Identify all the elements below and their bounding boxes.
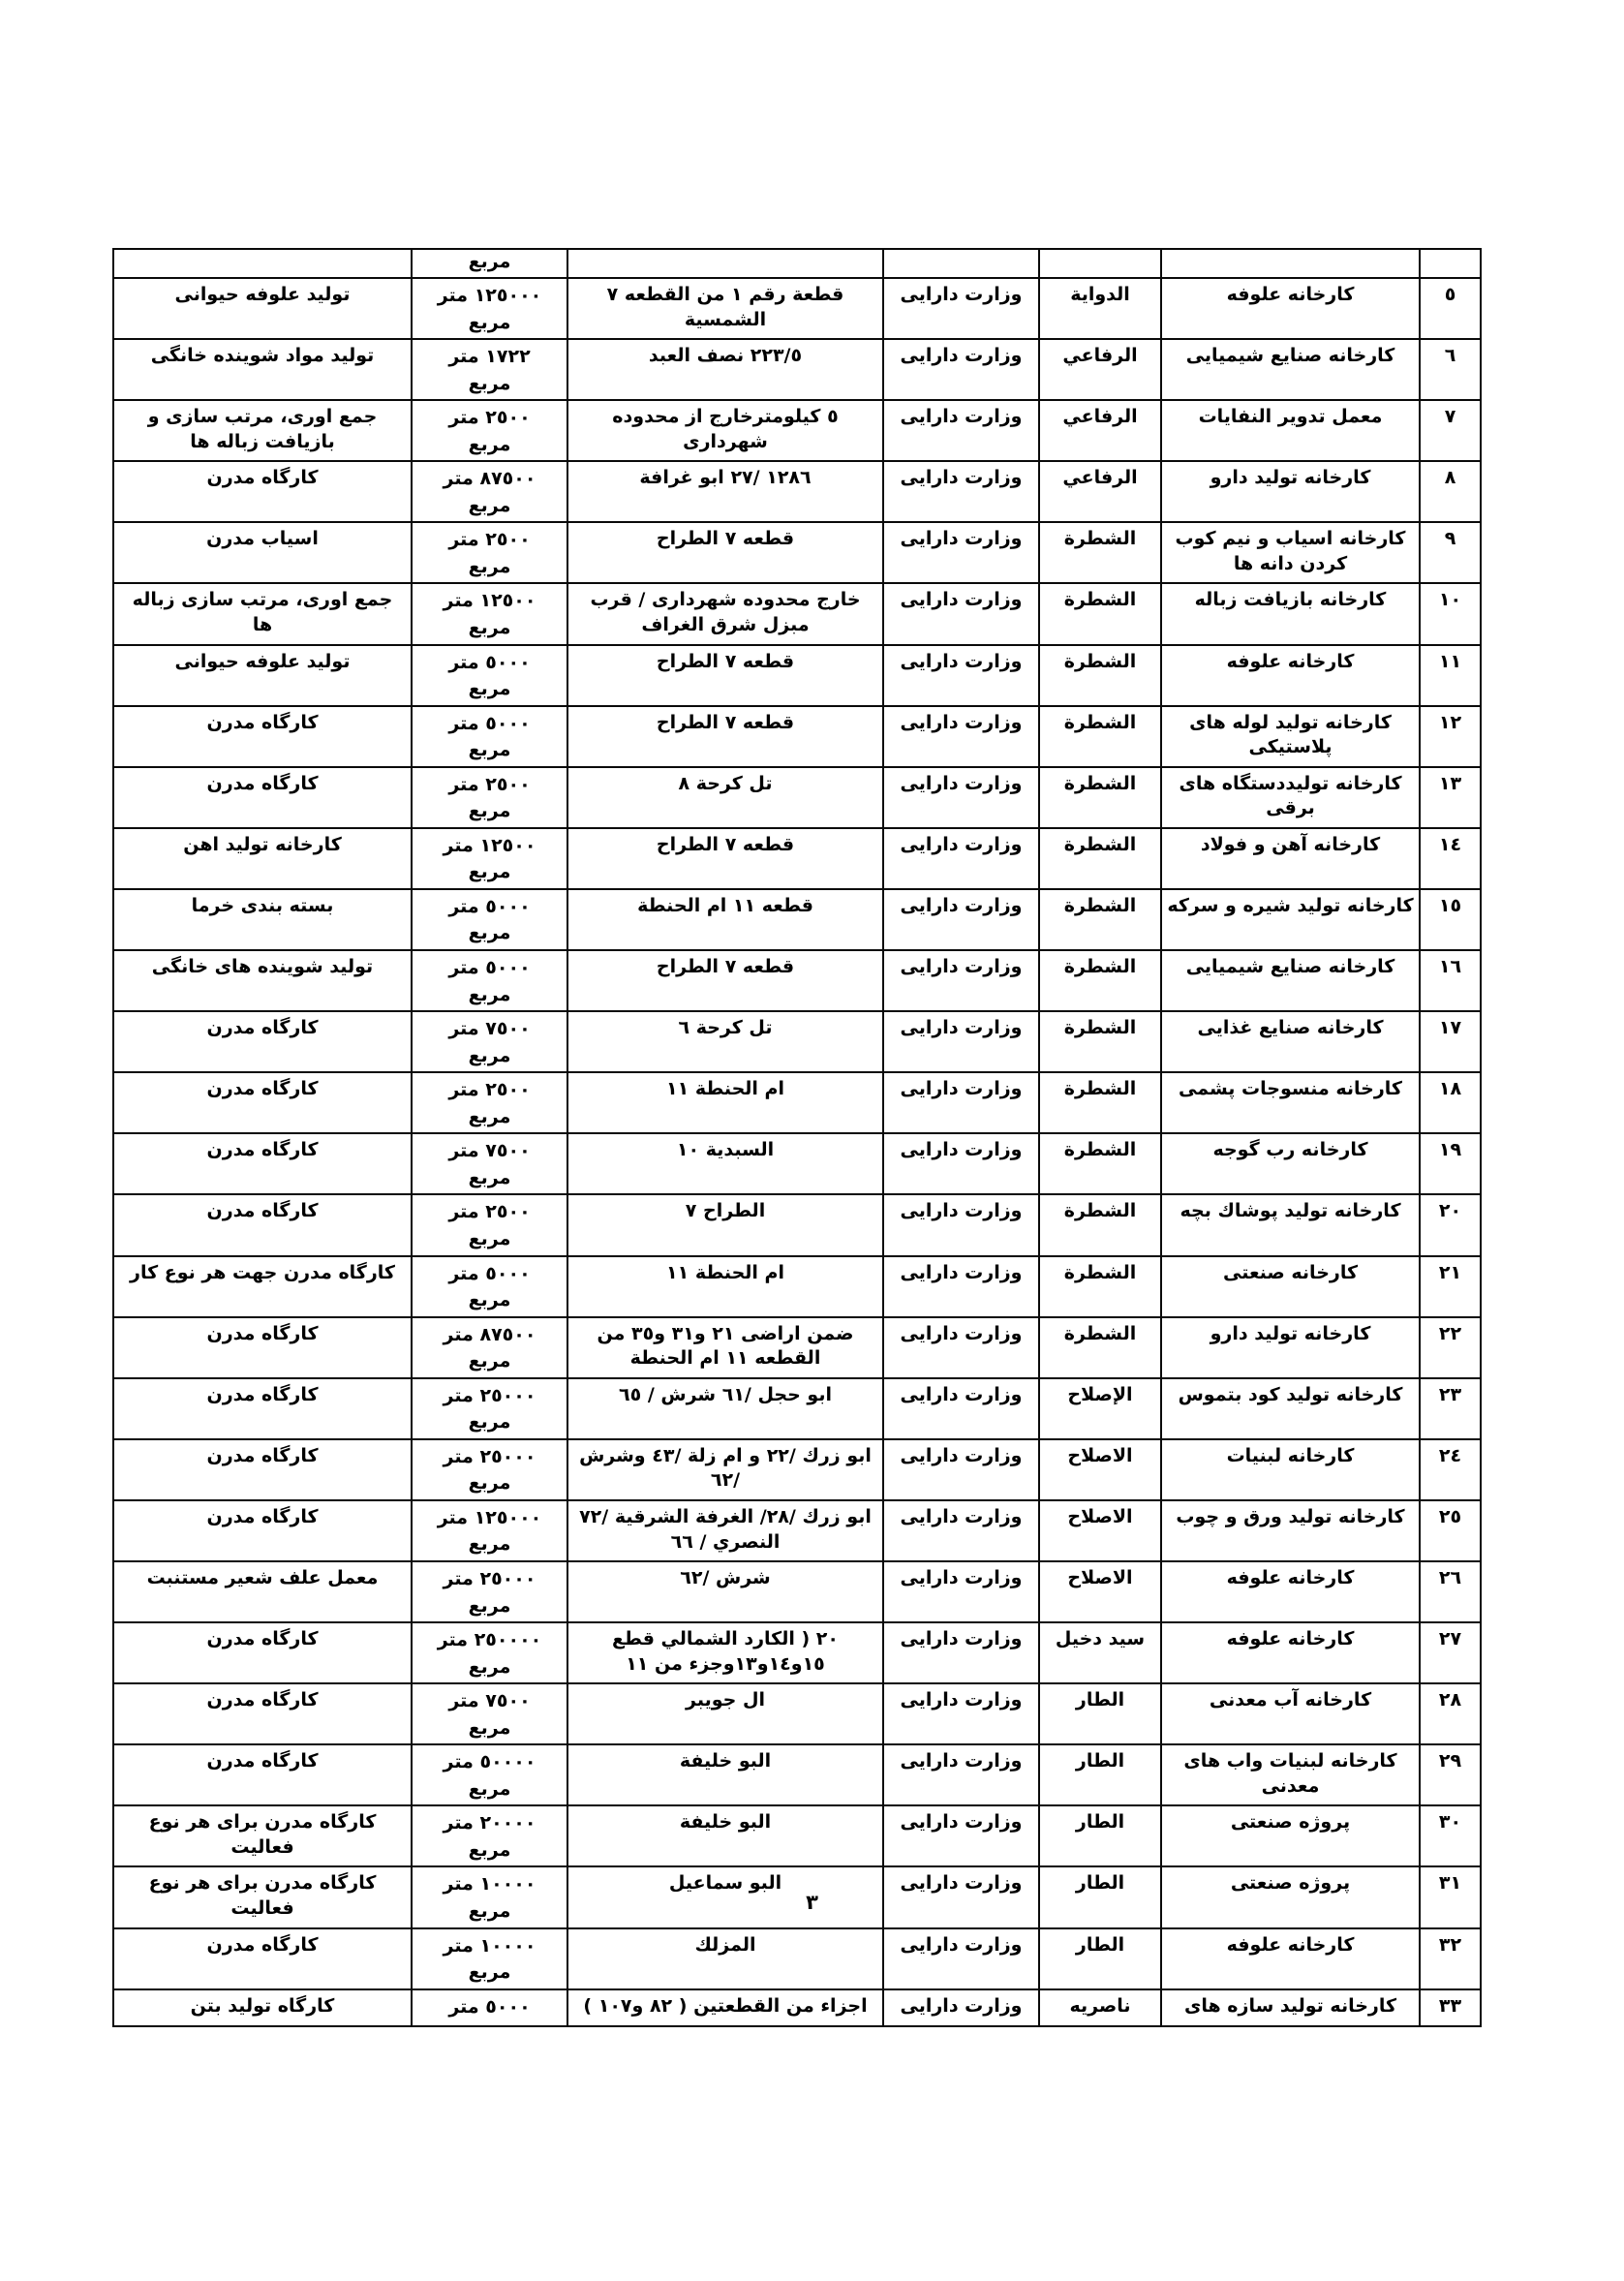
- cell-area: ١٢٥٠٠ مترمربع: [412, 828, 567, 889]
- cell-district: الاصلاح: [1039, 1500, 1161, 1561]
- cell-factory-name: كارخانه توليد دارو: [1161, 461, 1420, 522]
- cell-plot: السبدية ١٠: [567, 1133, 883, 1194]
- cell-ministry: وزارت دارايى: [883, 950, 1039, 1011]
- cell-factory-name: كارخانه رب گوجه: [1161, 1133, 1420, 1194]
- cell-activity: كارگاه مدرن: [113, 1317, 412, 1378]
- cell-activity: توليد علوفه حيوانى: [113, 278, 412, 339]
- cell-factory-name: كارخانه صنايع شيميايى: [1161, 339, 1420, 400]
- cell-area: ٢٥٠٠ مترمربع: [412, 522, 567, 583]
- cell-area: ٥٠٠٠ مترمربع: [412, 1256, 567, 1317]
- cell-plot: ضمن اراضى ٢١ و٣١ و٣٥ من القطعه ١١ ام الح…: [567, 1317, 883, 1378]
- cell-activity: توليد مواد شوينده خانگى: [113, 339, 412, 400]
- factories-table: مربع ٥ كارخانه علوفه الدواية وزارت داراي…: [112, 248, 1482, 2027]
- cell-plot: المزلك: [567, 1928, 883, 1989]
- cell-district: الشطرة: [1039, 1194, 1161, 1255]
- table-row: ١٦ كارخانه صنايع شيميايى الشطرة وزارت دا…: [113, 950, 1481, 1011]
- cell-activity: كارگاه مدرن: [113, 1744, 412, 1805]
- table-row: ١١ كارخانه علوفه الشطرة وزارت دارايى قطع…: [113, 645, 1481, 706]
- cell-district: الاصلاح: [1039, 1561, 1161, 1622]
- cell-factory-name: كارخانه توليد ورق و چوب: [1161, 1500, 1420, 1561]
- table-row: ١٧ كارخانه صنايع غذايى الشطرة وزارت دارا…: [113, 1011, 1481, 1072]
- cell-ministry: وزارت دارايى: [883, 1317, 1039, 1378]
- cell-district: الاصلاح: [1039, 1439, 1161, 1500]
- cell-district: الطار: [1039, 1744, 1161, 1805]
- cell-ministry: وزارت دارايى: [883, 1133, 1039, 1194]
- table-row: ١٩ كارخانه رب گوجه الشطرة وزارت دارايى ا…: [113, 1133, 1481, 1194]
- cell-area: ٧٥٠٠ مترمربع: [412, 1133, 567, 1194]
- table-row: ٢٢ كارخانه توليد دارو الشطرة وزارت داراي…: [113, 1317, 1481, 1378]
- cell-row-number: ١١: [1420, 645, 1481, 706]
- cell-plot: قطعه ٧ الطراح: [567, 522, 883, 583]
- cell-activity: [113, 249, 412, 278]
- cell-plot: تل كرحة ٨: [567, 767, 883, 828]
- table-row: ١٨ كارخانه منسوجات پشمى الشطرة وزارت دار…: [113, 1072, 1481, 1133]
- cell-district: الدواية: [1039, 278, 1161, 339]
- cell-area: ٧٥٠٠ مترمربع: [412, 1683, 567, 1744]
- cell-row-number: ٥: [1420, 278, 1481, 339]
- cell-activity: بسته بندى خرما: [113, 889, 412, 950]
- cell-ministry: وزارت دارايى: [883, 1622, 1039, 1683]
- cell-ministry: وزارت دارايى: [883, 278, 1039, 339]
- table-row: ١٣ كارخانه توليددستگاه هاى برقى الشطرة و…: [113, 767, 1481, 828]
- cell-row-number: ٢١: [1420, 1256, 1481, 1317]
- cell-area: ٢٥٠٠ مترمربع: [412, 1072, 567, 1133]
- cell-area: ١٢٥٠٠ مترمربع: [412, 583, 567, 644]
- cell-district: ناصريه: [1039, 1989, 1161, 2026]
- scanned-page: مربع ٥ كارخانه علوفه الدواية وزارت داراي…: [0, 0, 1624, 2281]
- cell-factory-name: كارخانه بازيافت زباله: [1161, 583, 1420, 644]
- cell-factory-name: پروژه صنعتى: [1161, 1805, 1420, 1866]
- cell-district: سيد دخيل: [1039, 1622, 1161, 1683]
- cell-plot: قطعة رقم ١ من القطعه ٧ الشمسية: [567, 278, 883, 339]
- cell-activity: توليد شوينده هاى خانگى: [113, 950, 412, 1011]
- cell-activity: كارگاه مدرن: [113, 1011, 412, 1072]
- cell-ministry: وزارت دارايى: [883, 522, 1039, 583]
- cell-area: ١٠٠٠٠ مترمربع: [412, 1928, 567, 1989]
- cell-factory-name: كارخانه علوفه: [1161, 1561, 1420, 1622]
- cell-district: الشطرة: [1039, 1317, 1161, 1378]
- cell-district: الشطرة: [1039, 706, 1161, 767]
- cell-plot: ابو زرك /٢٨/ الغرفة الشرقية /٧٢ النصري /…: [567, 1500, 883, 1561]
- table-row-continued: مربع: [113, 249, 1481, 278]
- table-row: ٣٣ كارخانه توليد سازه هاى ناصريه وزارت د…: [113, 1989, 1481, 2026]
- cell-area: ١٢٥٠٠٠ مترمربع: [412, 1500, 567, 1561]
- cell-area: ٢٥٠٠ مترمربع: [412, 1194, 567, 1255]
- cell-factory-name: كارخانه توليد لوله هاى پلاستيكى: [1161, 706, 1420, 767]
- cell-district: الرفاعي: [1039, 461, 1161, 522]
- cell-area: ٢٥٠٠ مترمربع: [412, 400, 567, 461]
- cell-row-number: ٦: [1420, 339, 1481, 400]
- cell-ministry: وزارت دارايى: [883, 339, 1039, 400]
- table-row: ٢٤ كارخانه لبنيات الاصلاح وزارت دارايى ا…: [113, 1439, 1481, 1500]
- cell-area-continued: مربع: [412, 249, 567, 278]
- table-row: ٨ كارخانه توليد دارو الرفاعي وزارت داراي…: [113, 461, 1481, 522]
- cell-area: ٨٧٥٠٠ مترمربع: [412, 461, 567, 522]
- cell-factory-name: كارخانه آب معدنى: [1161, 1683, 1420, 1744]
- cell-row-number: ٢٨: [1420, 1683, 1481, 1744]
- cell-factory-name: كارخانه اسياب و نيم كوب كردن دانه ها: [1161, 522, 1420, 583]
- cell-plot: قطعه ٧ الطراح: [567, 645, 883, 706]
- cell-ministry: وزارت دارايى: [883, 1378, 1039, 1439]
- cell-plot: اجزاء من القطعتين ( ٨٢ و١٠٧ ): [567, 1989, 883, 2026]
- cell-area: ٢٠٠٠٠ مترمربع: [412, 1805, 567, 1866]
- cell-ministry: وزارت دارايى: [883, 1805, 1039, 1866]
- cell-row-number: ٣٢: [1420, 1928, 1481, 1989]
- cell-activity: كارگاه توليد بتن: [113, 1989, 412, 2026]
- cell-factory-name: كارخانه علوفه: [1161, 278, 1420, 339]
- table-row: ٢٠ كارخانه توليد پوشاك بچه الشطرة وزارت …: [113, 1194, 1481, 1255]
- cell-district: الطار: [1039, 1683, 1161, 1744]
- cell-row-number: ١٨: [1420, 1072, 1481, 1133]
- cell-activity: كارگاه مدرن براى هر نوع فعاليت: [113, 1805, 412, 1866]
- cell-factory-name: [1161, 249, 1420, 278]
- cell-activity: معمل علف شعير مستنبت: [113, 1561, 412, 1622]
- cell-district: الشطرة: [1039, 828, 1161, 889]
- cell-ministry: وزارت دارايى: [883, 828, 1039, 889]
- cell-factory-name: كارخانه توليد پوشاك بچه: [1161, 1194, 1420, 1255]
- cell-row-number: ١٣: [1420, 767, 1481, 828]
- cell-ministry: وزارت دارايى: [883, 889, 1039, 950]
- cell-factory-name: كارخانه علوفه: [1161, 1622, 1420, 1683]
- cell-district: الطار: [1039, 1928, 1161, 1989]
- table-row: ١٤ كارخانه آهن و فولاد الشطرة وزارت دارا…: [113, 828, 1481, 889]
- cell-row-number: ٢٩: [1420, 1744, 1481, 1805]
- table-row: ١٢ كارخانه توليد لوله هاى پلاستيكى الشطر…: [113, 706, 1481, 767]
- cell-ministry: [883, 249, 1039, 278]
- table-row: ٢٩ كارخانه لبنيات واب هاى معدنى الطار وز…: [113, 1744, 1481, 1805]
- cell-activity: كارگاه مدرن: [113, 1072, 412, 1133]
- cell-factory-name: كارخانه توليد دارو: [1161, 1317, 1420, 1378]
- cell-activity: توليد علوفه حيوانى: [113, 645, 412, 706]
- cell-plot: شرش /٦٢: [567, 1561, 883, 1622]
- cell-row-number: ٣٣: [1420, 1989, 1481, 2026]
- cell-activity: كارگاه مدرن: [113, 461, 412, 522]
- cell-row-number: ٢٣: [1420, 1378, 1481, 1439]
- cell-area: ٥٠٠٠ مترمربع: [412, 645, 567, 706]
- cell-plot: قطعه ٧ الطراح: [567, 950, 883, 1011]
- cell-factory-name: معمل تدوير النفايات: [1161, 400, 1420, 461]
- cell-plot: قطعه ٧ الطراح: [567, 828, 883, 889]
- cell-area: ٨٧٥٠٠ مترمربع: [412, 1317, 567, 1378]
- cell-row-number: ١٠: [1420, 583, 1481, 644]
- cell-area: ١٧٢٢ مترمربع: [412, 339, 567, 400]
- cell-activity: كارخانه توليد اهن: [113, 828, 412, 889]
- table-row: ١٥ كارخانه توليد شيره و سركه الشطرة وزار…: [113, 889, 1481, 950]
- cell-plot: قطعه ٧ الطراح: [567, 706, 883, 767]
- cell-area: ٥٠٠٠ مترمربع: [412, 950, 567, 1011]
- cell-row-number: [1420, 249, 1481, 278]
- cell-row-number: ١٢: [1420, 706, 1481, 767]
- cell-plot: ام الحنطة ١١: [567, 1072, 883, 1133]
- cell-district: الطار: [1039, 1805, 1161, 1866]
- cell-area: ٥٠٠٠ متر: [412, 1989, 567, 2026]
- cell-activity: جمع اورى، مرتب سازى و بازيافت زباله ها: [113, 400, 412, 461]
- cell-factory-name: كارخانه منسوجات پشمى: [1161, 1072, 1420, 1133]
- cell-activity: كارگاه مدرن جهت هر نوع كار: [113, 1256, 412, 1317]
- page-number: ٣: [0, 1891, 1624, 1914]
- cell-factory-name: كارخانه لبنيات: [1161, 1439, 1420, 1500]
- cell-area: ٧٥٠٠ مترمربع: [412, 1011, 567, 1072]
- table-row: ٩ كارخانه اسياب و نيم كوب كردن دانه ها ا…: [113, 522, 1481, 583]
- cell-district: الإصلاح: [1039, 1378, 1161, 1439]
- cell-ministry: وزارت دارايى: [883, 400, 1039, 461]
- cell-activity: جمع اورى، مرتب سازى زباله ها: [113, 583, 412, 644]
- cell-area: ٥٠٠٠ مترمربع: [412, 889, 567, 950]
- cell-plot: البو خليفة: [567, 1805, 883, 1866]
- cell-activity: كارگاه مدرن: [113, 767, 412, 828]
- cell-ministry: وزارت دارايى: [883, 1072, 1039, 1133]
- table-row: ٢١ كارخانه صنعتى الشطرة وزارت دارايى ام …: [113, 1256, 1481, 1317]
- table-row: ٥ كارخانه علوفه الدواية وزارت دارايى قطع…: [113, 278, 1481, 339]
- cell-district: [1039, 249, 1161, 278]
- cell-plot: ٢٠ ( الكارد الشمالي قطع ١٥و١٤و١٣وجزء من …: [567, 1622, 883, 1683]
- cell-activity: كارگاه مدرن: [113, 1194, 412, 1255]
- cell-district: الشطرة: [1039, 889, 1161, 950]
- cell-ministry: وزارت دارايى: [883, 1256, 1039, 1317]
- cell-plot: تل كرحة ٦: [567, 1011, 883, 1072]
- cell-district: الرفاعي: [1039, 339, 1161, 400]
- cell-plot: البو خليفة: [567, 1744, 883, 1805]
- cell-area: ٥٠٠٠ مترمربع: [412, 706, 567, 767]
- cell-district: الشطرة: [1039, 1011, 1161, 1072]
- cell-row-number: ١٥: [1420, 889, 1481, 950]
- cell-row-number: ٨: [1420, 461, 1481, 522]
- cell-plot: ال جويبر: [567, 1683, 883, 1744]
- cell-row-number: ٢٥: [1420, 1500, 1481, 1561]
- cell-ministry: وزارت دارايى: [883, 1194, 1039, 1255]
- cell-ministry: وزارت دارايى: [883, 706, 1039, 767]
- cell-plot: الطراح ٧: [567, 1194, 883, 1255]
- cell-area: ٢٥٠٠٠ مترمربع: [412, 1439, 567, 1500]
- cell-district: الشطرة: [1039, 522, 1161, 583]
- cell-ministry: وزارت دارايى: [883, 1989, 1039, 2026]
- cell-district: الشطرة: [1039, 1072, 1161, 1133]
- cell-activity: اسياب مدرن: [113, 522, 412, 583]
- cell-activity: كارگاه مدرن: [113, 1683, 412, 1744]
- cell-plot: قطعه ١١ ام الحنطة: [567, 889, 883, 950]
- cell-district: الرفاعي: [1039, 400, 1161, 461]
- cell-ministry: وزارت دارايى: [883, 461, 1039, 522]
- cell-factory-name: كارخانه صنايع شيميايى: [1161, 950, 1420, 1011]
- cell-plot: ١٢٨٦ /٢٧ ابو غرافة: [567, 461, 883, 522]
- cell-area: ٢٥٠٠٠٠ مترمربع: [412, 1622, 567, 1683]
- cell-row-number: ٢٧: [1420, 1622, 1481, 1683]
- cell-row-number: ٧: [1420, 400, 1481, 461]
- table-row: ٢٦ كارخانه علوفه الاصلاح وزارت دارايى شر…: [113, 1561, 1481, 1622]
- cell-factory-name: كارخانه صنعتى: [1161, 1256, 1420, 1317]
- cell-factory-name: كارخانه توليد شيره و سركه: [1161, 889, 1420, 950]
- table-row: ٧ معمل تدوير النفايات الرفاعي وزارت دارا…: [113, 400, 1481, 461]
- cell-factory-name: كارخانه لبنيات واب هاى معدنى: [1161, 1744, 1420, 1805]
- cell-district: الشطرة: [1039, 950, 1161, 1011]
- cell-activity: كارگاه مدرن: [113, 1133, 412, 1194]
- cell-row-number: ٩: [1420, 522, 1481, 583]
- cell-ministry: وزارت دارايى: [883, 1744, 1039, 1805]
- table-row: ٢٨ كارخانه آب معدنى الطار وزارت دارايى ا…: [113, 1683, 1481, 1744]
- cell-plot: ابو حجل /٦١ شرش / ٦٥: [567, 1378, 883, 1439]
- cell-plot: ٢٢٣/٥ نصف العبد: [567, 339, 883, 400]
- cell-ministry: وزارت دارايى: [883, 767, 1039, 828]
- cell-district: الشطرة: [1039, 583, 1161, 644]
- cell-district: الشطرة: [1039, 645, 1161, 706]
- cell-ministry: وزارت دارايى: [883, 1561, 1039, 1622]
- cell-activity: كارگاه مدرن: [113, 1928, 412, 1989]
- cell-factory-name: كارخانه صنايع غذايى: [1161, 1011, 1420, 1072]
- cell-plot: ابو زرك /٢٢ و ام زلة /٤٣ وشرش /٦٢: [567, 1439, 883, 1500]
- cell-ministry: وزارت دارايى: [883, 1439, 1039, 1500]
- cell-activity: كارگاه مدرن: [113, 1500, 412, 1561]
- cell-plot: خارج محدوده شهردارى / قرب مبزل شرق الغرا…: [567, 583, 883, 644]
- cell-activity: كارگاه مدرن: [113, 1622, 412, 1683]
- cell-activity: كارگاه مدرن: [113, 1378, 412, 1439]
- cell-row-number: ١٩: [1420, 1133, 1481, 1194]
- cell-factory-name: كارخانه آهن و فولاد: [1161, 828, 1420, 889]
- cell-area: ١٢٥٠٠٠ مترمربع: [412, 278, 567, 339]
- cell-factory-name: كارخانه توليد كود بتموس: [1161, 1378, 1420, 1439]
- cell-factory-name: كارخانه علوفه: [1161, 645, 1420, 706]
- cell-plot: [567, 249, 883, 278]
- cell-row-number: ٢٠: [1420, 1194, 1481, 1255]
- cell-row-number: ١٧: [1420, 1011, 1481, 1072]
- cell-plot: ام الحنطة ١١: [567, 1256, 883, 1317]
- table-row: ٣٢ كارخانه علوفه الطار وزارت دارايى المز…: [113, 1928, 1481, 1989]
- table-row: ٢٥ كارخانه توليد ورق و چوب الاصلاح وزارت…: [113, 1500, 1481, 1561]
- cell-area: ٥٠٠٠٠ مترمربع: [412, 1744, 567, 1805]
- table-row: ٦ كارخانه صنايع شيميايى الرفاعي وزارت دا…: [113, 339, 1481, 400]
- cell-activity: كارگاه مدرن: [113, 1439, 412, 1500]
- cell-ministry: وزارت دارايى: [883, 583, 1039, 644]
- table-row: ٣٠ پروژه صنعتى الطار وزارت دارايى البو خ…: [113, 1805, 1481, 1866]
- cell-area: ٢٥٠٠ مترمربع: [412, 767, 567, 828]
- cell-ministry: وزارت دارايى: [883, 645, 1039, 706]
- cell-row-number: ٢٢: [1420, 1317, 1481, 1378]
- cell-factory-name: كارخانه توليددستگاه هاى برقى: [1161, 767, 1420, 828]
- cell-row-number: ٣٠: [1420, 1805, 1481, 1866]
- cell-ministry: وزارت دارايى: [883, 1683, 1039, 1744]
- cell-area: ٢٥٠٠٠ مترمربع: [412, 1378, 567, 1439]
- cell-district: الشطرة: [1039, 1133, 1161, 1194]
- cell-ministry: وزارت دارايى: [883, 1011, 1039, 1072]
- cell-row-number: ١٤: [1420, 828, 1481, 889]
- cell-factory-name: كارخانه علوفه: [1161, 1928, 1420, 1989]
- cell-ministry: وزارت دارايى: [883, 1500, 1039, 1561]
- cell-factory-name: كارخانه توليد سازه هاى: [1161, 1989, 1420, 2026]
- cell-ministry: وزارت دارايى: [883, 1928, 1039, 1989]
- cell-row-number: ٢٦: [1420, 1561, 1481, 1622]
- cell-row-number: ١٦: [1420, 950, 1481, 1011]
- table-row: ١٠ كارخانه بازيافت زباله الشطرة وزارت دا…: [113, 583, 1481, 644]
- cell-activity: كارگاه مدرن: [113, 706, 412, 767]
- cell-area: ٢٥٠٠٠ مترمربع: [412, 1561, 567, 1622]
- table-row: ٢٧ كارخانه علوفه سيد دخيل وزارت دارايى ٢…: [113, 1622, 1481, 1683]
- cell-district: الشطرة: [1039, 767, 1161, 828]
- cell-district: الشطرة: [1039, 1256, 1161, 1317]
- cell-plot: ٥ كيلومترخارج از محدوده شهردارى: [567, 400, 883, 461]
- cell-row-number: ٢٤: [1420, 1439, 1481, 1500]
- table-row: ٢٣ كارخانه توليد كود بتموس الإصلاح وزارت…: [113, 1378, 1481, 1439]
